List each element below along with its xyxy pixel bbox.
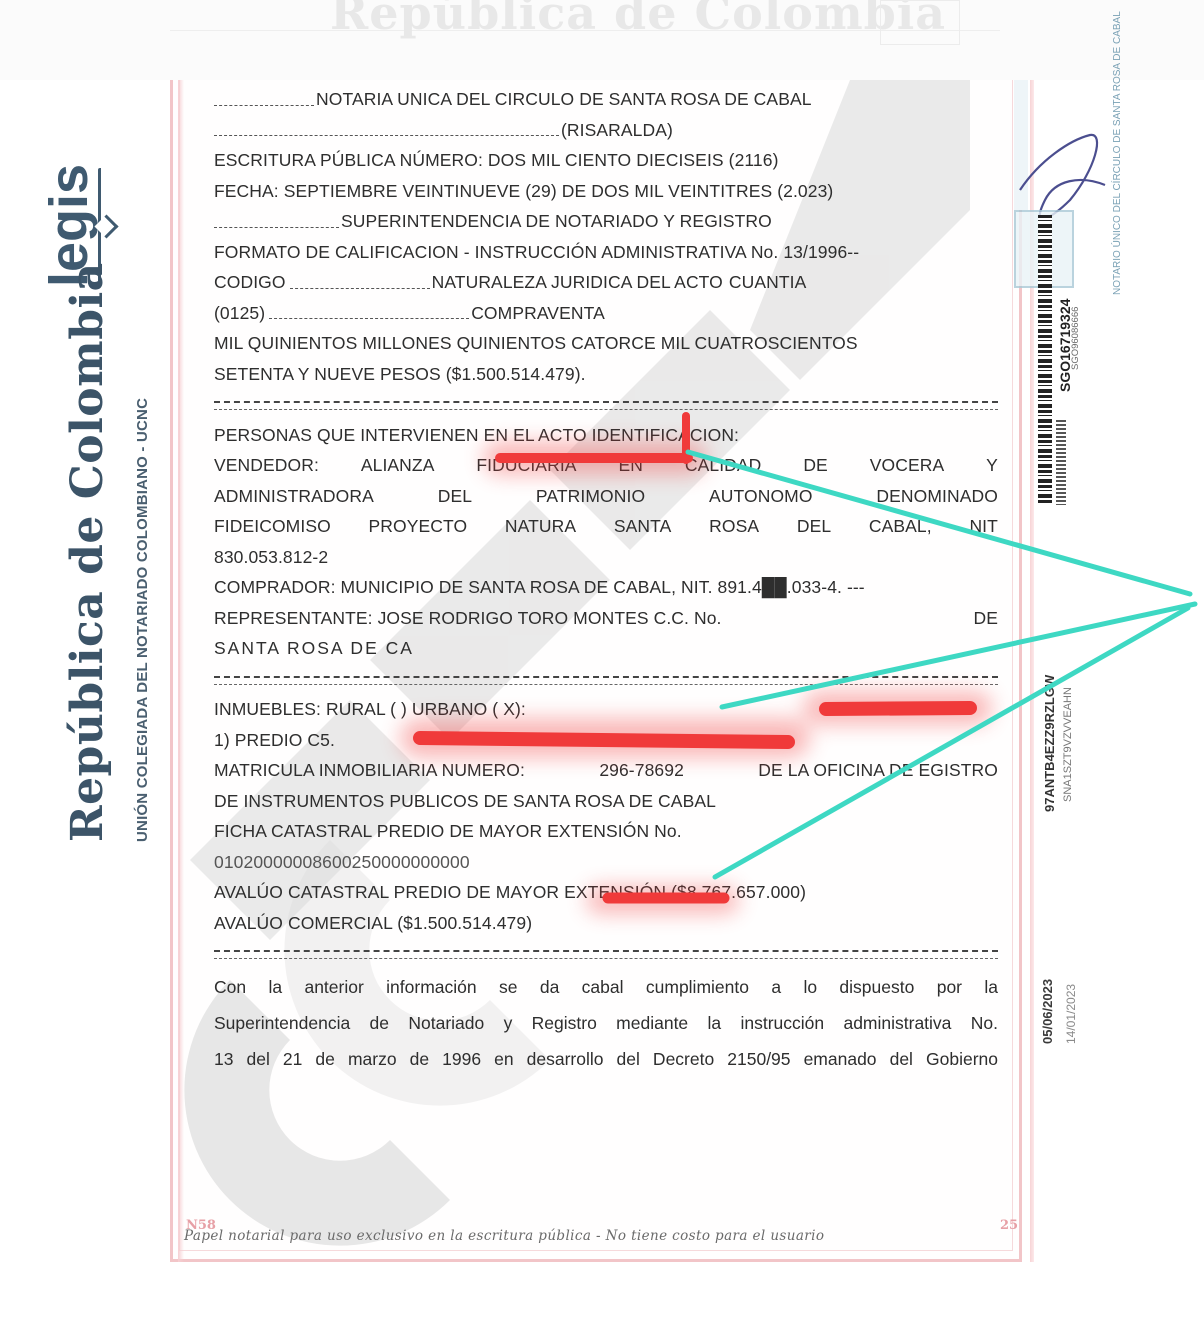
- avaluo-catastral-line: AVALÚO CATASTRAL PREDIO DE MAYOR EXTENSI…: [214, 877, 998, 908]
- vendedor-word: PROYECTO: [369, 511, 468, 542]
- left-margin-rule: [178, 80, 184, 1262]
- representante-end: DE: [973, 603, 998, 633]
- vendedor-word: NIT: [969, 511, 998, 542]
- matricula-line: MATRICULA INMOBILIARIA NUMERO: 296-78692…: [214, 755, 998, 786]
- faded-stamp-box: [880, 0, 960, 45]
- ucnc-caption: UNIÓN COLEGIADA DEL NOTARIADO COLOMBIANO…: [134, 398, 151, 842]
- avaluo-comercial: AVALÚO COMERCIAL ($1.500.514.479): [214, 908, 532, 938]
- personas-heading: PERSONAS QUE INTERVIENEN EN EL ACTO IDEN…: [214, 420, 739, 450]
- vendedor-word: AUTONOMO: [709, 481, 813, 512]
- cuantia-letters-2: SETENTA Y NUEVE PESOS ($1.500.514.479).: [214, 359, 586, 389]
- escritura-number: ESCRITURA PÚBLICA NÚMERO: DOS MIL CIENTO…: [214, 145, 779, 175]
- notary-stamp-text: NOTARIO ÚNICO DEL CÍRCULO DE SANTA ROSA …: [1112, 11, 1123, 295]
- vendedor-word: CABAL,: [869, 511, 932, 542]
- vendedor-nit: 830.053.812-2: [214, 542, 328, 572]
- avaluo-catastral: AVALÚO CATASTRAL PREDIO DE MAYOR EXTENSI…: [214, 877, 806, 907]
- instrumentos-line: DE INSTRUMENTOS PUBLICOS DE SANTA ROSA D…: [214, 786, 998, 817]
- closing-line-3: 13 del 21 de marzo de 1996 en desarrollo…: [214, 1041, 998, 1077]
- serial-code-2: SNA1SZT9VZVVEAHN: [1062, 687, 1074, 802]
- closing-line-1: Con la anterior información se da cabal …: [214, 969, 998, 1005]
- vendedor-word: DEL: [797, 511, 831, 542]
- avaluo-comercial-line: AVALÚO COMERCIAL ($1.500.514.479): [214, 908, 998, 939]
- notaria-line: NOTARIA UNICA DEL CIRCULO DE SANTA ROSA …: [214, 84, 998, 115]
- barcode-icon: [1038, 215, 1052, 505]
- formato-line: FORMATO DE CALIFICACION - INSTRUCCIÓN AD…: [214, 237, 998, 268]
- matricula-value: 296-78692: [599, 755, 684, 785]
- personas-line: PERSONAS QUE INTERVIENEN EN EL ACTO IDEN…: [214, 420, 998, 451]
- serial-code-1: 97ANTB4EZZ9RZLGW: [1042, 675, 1057, 812]
- representante-city: SANTA ROSA DE CA: [214, 633, 414, 663]
- ficha-line: FICHA CATASTRAL PREDIO DE MAYOR EXTENSIÓ…: [214, 816, 998, 847]
- barcode-subcode: SGO96086666: [1070, 307, 1081, 370]
- vendedor-word: NATURA: [505, 511, 576, 542]
- closing-line-2: Superintendencia de Notariado y Registro…: [214, 1005, 998, 1041]
- predio: 1) PREDIO C5.: [214, 725, 335, 755]
- date-stamp-1: 05/06/2023: [1040, 979, 1055, 1044]
- representante-line-2: SANTA ROSA DE CA: [214, 633, 998, 664]
- vendedor-word: Y: [986, 450, 998, 481]
- notaria-name: NOTARIA UNICA DEL CIRCULO DE SANTA ROSA …: [316, 84, 812, 114]
- faded-previous-page-header: República de Colombia: [0, 0, 1204, 80]
- double-rule: [214, 389, 998, 420]
- inmuebles: INMUEBLES: RURAL ( ) URBANO ( X):: [214, 694, 526, 724]
- vendedor-word: SANTA: [614, 511, 672, 542]
- barcode-sub-icon: [1056, 420, 1066, 505]
- cuantia-letters-1: MIL QUINIENTOS MILLONES QUINIENTOS CATOR…: [214, 328, 998, 359]
- naturaleza-value: COMPRAVENTA: [471, 298, 605, 328]
- naturaleza-label: NATURALEZA JURIDICA DEL ACTO: [432, 267, 723, 297]
- matricula-label: MATRICULA INMOBILIARIA NUMERO:: [214, 755, 525, 785]
- document-body: NOTARIA UNICA DEL CIRCULO DE SANTA ROSA …: [214, 84, 998, 1077]
- vendedor-word: FIDUCIARIA: [476, 450, 576, 481]
- superintendencia-line: SUPERINTENDENCIA DE NOTARIADO Y REGISTRO: [214, 206, 998, 237]
- vendedor-word: PATRIMONIO: [536, 481, 645, 512]
- codigo-value: (0125): [214, 298, 265, 328]
- vendedor-word: CALIDAD: [685, 450, 762, 481]
- superintendencia: SUPERINTENDENCIA DE NOTARIADO Y REGISTRO: [341, 206, 772, 236]
- codigo-header-line: CODIGO NATURALEZA JURIDICA DEL ACTO CUAN…: [214, 267, 998, 298]
- vendedor-line-1: VENDEDOR:ALIANZAFIDUCIARIAENCALIDADDEVOC…: [214, 450, 998, 481]
- vendedor-word: DEL: [438, 481, 472, 512]
- codigo-value-line: (0125) COMPRAVENTA: [214, 298, 998, 329]
- ficha-value-line: 01020000008600250000000000: [214, 847, 998, 878]
- representante-line: REPRESENTANTE: JOSE RODRIGO TORO MONTES …: [214, 603, 998, 634]
- predio-line: 1) PREDIO C5.: [214, 725, 998, 756]
- vendedor-word: DE: [803, 450, 828, 481]
- matricula-rest: DE LA OFICINA DE EGISTRO: [758, 755, 998, 785]
- fecha: FECHA: SEPTIEMBRE VEINTINUEVE (29) DE DO…: [214, 176, 833, 206]
- vendedor-line-3: FIDEICOMISOPROYECTONATURASANTAROSADELCAB…: [214, 511, 998, 542]
- vendedor-word: ROSA: [709, 511, 759, 542]
- vendedor-word: DENOMINADO: [876, 481, 998, 512]
- department: (RISARALDA): [561, 115, 673, 145]
- ficha: FICHA CATASTRAL PREDIO DE MAYOR EXTENSIÓ…: [214, 816, 682, 846]
- inmuebles-line: INMUEBLES: RURAL ( ) URBANO ( X):: [214, 694, 998, 725]
- double-rule: [214, 664, 998, 695]
- vendedor-word: ALIANZA: [361, 450, 435, 481]
- vendedor-nit-line: 830.053.812-2: [214, 542, 998, 573]
- codigo-label: CODIGO: [214, 267, 286, 297]
- vendedor-word: ADMINISTRADORA: [214, 481, 374, 512]
- cuantia-label: CUANTIA: [729, 267, 807, 297]
- double-rule: [214, 938, 998, 969]
- escritura-line: ESCRITURA PÚBLICA NÚMERO: DOS MIL CIENTO…: [214, 145, 998, 176]
- closing-paragraph: Con la anterior información se da cabal …: [214, 969, 998, 1077]
- republica-de-colombia-title: República de Colombia: [62, 262, 113, 842]
- vendedor-line-2: ADMINISTRADORADELPATRIMONIOAUTONOMODENOM…: [214, 481, 998, 512]
- date-stamp-2: 14/01/2023: [1064, 984, 1078, 1044]
- comprador-line: COMPRADOR: MUNICIPIO DE SANTA ROSA DE CA…: [214, 572, 998, 603]
- vendedor-word: VOCERA: [870, 450, 945, 481]
- representante: REPRESENTANTE: JOSE RODRIGO TORO MONTES …: [214, 603, 722, 633]
- department-line: (RISARALDA): [214, 115, 998, 146]
- fecha-line: FECHA: SEPTIEMBRE VEINTINUEVE (29) DE DO…: [214, 176, 998, 207]
- faded-header-title: República de Colombia: [330, 0, 946, 40]
- vendedor-word: FIDEICOMISO: [214, 511, 331, 542]
- paper-footer-note: Papel notarial para uso exclusivo en la …: [184, 1228, 1018, 1244]
- cuantia-letters-2-line: SETENTA Y NUEVE PESOS ($1.500.514.479).: [214, 359, 998, 390]
- ficha-value: 01020000008600250000000000: [214, 847, 470, 877]
- vendedor-word: EN: [618, 450, 643, 481]
- instrumentos: DE INSTRUMENTOS PUBLICOS DE SANTA ROSA D…: [214, 786, 716, 816]
- vendedor-word: VENDEDOR:: [214, 450, 319, 481]
